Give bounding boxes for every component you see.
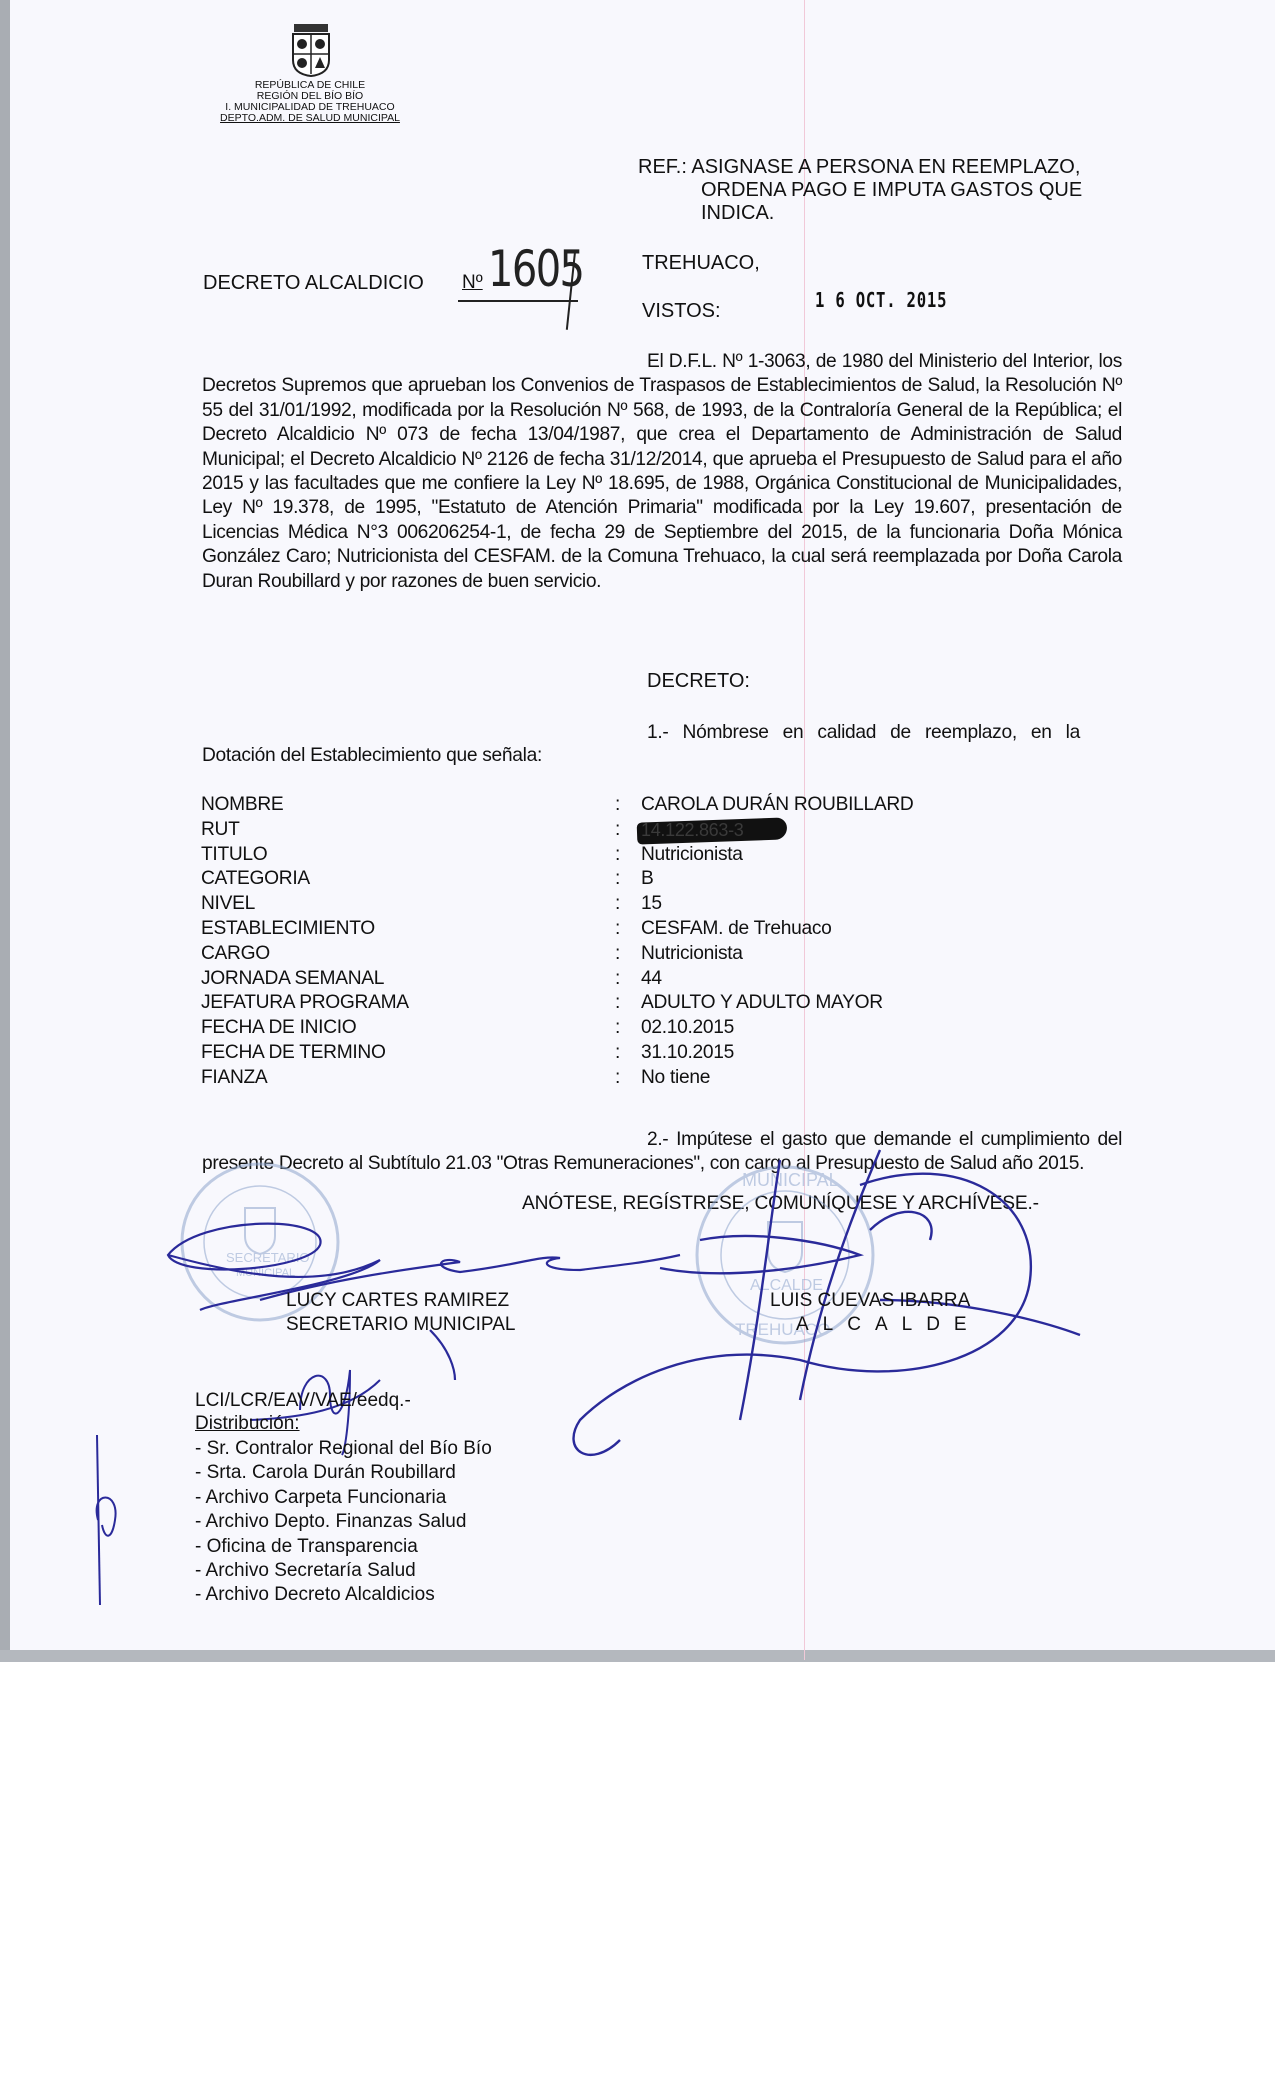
field-separator: : — [615, 1016, 620, 1041]
field-row-rut: RUT:14.122.863-3 — [201, 818, 304, 843]
decree-number-underline — [458, 300, 578, 302]
field-value: Nutricionista — [641, 942, 743, 967]
decree-number-label: Nº — [462, 272, 483, 294]
field-value-redacted: 14.122.863-3 — [641, 820, 744, 840]
distribution-item: - Oficina de Transparencia — [195, 1535, 492, 1559]
field-separator: : — [615, 942, 620, 967]
reference-line: ORDENA PAGO E IMPUTA GASTOS QUE — [638, 179, 1082, 202]
reference-block: REF.: ASIGNASE A PERSONA EN REEMPLAZO, O… — [638, 156, 1082, 225]
field-row-jornada: JORNADA SEMANAL:44 — [201, 967, 304, 992]
field-label: FIANZA — [201, 1066, 601, 1091]
field-label: FECHA DE INICIO — [201, 1016, 601, 1041]
decreto-item-1-continuation: Dotación del Establecimiento que señala: — [202, 745, 542, 767]
secretary-title: SECRETARIO MUNICIPAL — [286, 1314, 515, 1336]
field-label: CARGO — [201, 942, 601, 967]
field-separator: : — [615, 967, 620, 992]
field-label: JEFATURA PROGRAMA — [201, 991, 601, 1016]
field-row-categoria: CATEGORIA:B — [201, 867, 304, 892]
field-separator: : — [615, 1066, 620, 1091]
field-row-nivel: NIVEL:15 — [201, 892, 304, 917]
coat-of-arms-icon — [288, 22, 334, 78]
reference-initials: LCI/LCR/EAV/VAE/eedq.- — [195, 1390, 411, 1412]
vistos-heading: VISTOS: — [642, 300, 721, 323]
decreto-item-1: 1.- Nómbrese en calidad de reemplazo, en… — [647, 722, 1122, 744]
field-value: CAROLA DURÁN ROUBILLARD — [641, 793, 913, 818]
field-value: 15 — [641, 892, 662, 917]
decreto-heading: DECRETO: — [647, 670, 750, 693]
field-separator: : — [615, 991, 620, 1016]
distribution-item: - Archivo Decreto Alcaldicios — [195, 1583, 492, 1607]
field-value: ADULTO Y ADULTO MAYOR — [641, 991, 883, 1016]
city-label: TREHUACO, — [642, 252, 760, 275]
field-row-fianza: FIANZA:No tiene — [201, 1066, 304, 1091]
reference-label: REF.: — [638, 156, 687, 178]
scan-bottom-edge — [0, 1650, 1275, 1662]
secretary-name: LUCY CARTES RAMIREZ — [286, 1290, 509, 1312]
appointment-fields: NOMBRE:CAROLA DURÁN ROUBILLARD RUT:14.12… — [201, 793, 304, 1091]
field-separator: : — [615, 917, 620, 942]
field-label: FECHA DE TERMINO — [201, 1041, 601, 1066]
reference-line: INDICA. — [638, 202, 1082, 225]
field-separator: : — [615, 793, 620, 818]
field-row-fecha-termino: FECHA DE TERMINO:31.10.2015 — [201, 1041, 304, 1066]
distribution-item: - Archivo Depto. Finanzas Salud — [195, 1510, 492, 1534]
field-row-cargo: CARGO:Nutricionista — [201, 942, 304, 967]
field-value: B — [641, 867, 654, 892]
reference-line: ASIGNASE A PERSONA EN REEMPLAZO, — [691, 156, 1080, 178]
date-stamp: 1 6 OCT. 2015 — [815, 288, 947, 312]
field-label: NOMBRE — [201, 793, 601, 818]
letterhead-department: DEPTO.ADM. DE SALUD MUNICIPAL — [210, 113, 410, 124]
field-separator: : — [615, 867, 620, 892]
field-row-establecimiento: ESTABLECIMIENTO:CESFAM. de Trehuaco — [201, 917, 304, 942]
distribution-item: - Srta. Carola Durán Roubillard — [195, 1461, 492, 1485]
field-row-jefatura: JEFATURA PROGRAMA:ADULTO Y ADULTO MAYOR — [201, 991, 304, 1016]
letterhead: REPÚBLICA DE CHILE REGIÓN DEL BÍO BÍO I.… — [210, 80, 410, 124]
scan-left-edge — [0, 0, 10, 1660]
field-row-fecha-inicio: FECHA DE INICIO:02.10.2015 — [201, 1016, 304, 1041]
decreto-item-2: 2.- Impútese el gasto que demande el cum… — [202, 1128, 1122, 1177]
distribution-heading: Distribución: — [195, 1413, 300, 1435]
field-separator: : — [615, 818, 620, 843]
field-row-nombre: NOMBRE:CAROLA DURÁN ROUBILLARD — [201, 793, 304, 818]
closing-formula: ANÓTESE, REGÍSTRESE, COMUNÍQUESE Y ARCHÍ… — [522, 1193, 1039, 1215]
field-label: JORNADA SEMANAL — [201, 967, 601, 992]
field-separator: : — [615, 892, 620, 917]
field-label: NIVEL — [201, 892, 601, 917]
decree-title: DECRETO ALCALDICIO — [203, 272, 424, 295]
field-label: CATEGORIA — [201, 867, 601, 892]
mayor-name: LUIS CUEVAS IBARRA — [770, 1290, 970, 1312]
field-label: TITULO — [201, 843, 601, 868]
field-value: 44 — [641, 967, 662, 992]
mayor-title: ALCALDE — [796, 1314, 981, 1336]
field-label: ESTABLECIMIENTO — [201, 917, 601, 942]
field-separator: : — [615, 843, 620, 868]
field-label: RUT — [201, 818, 601, 843]
field-value: CESFAM. de Trehuaco — [641, 917, 832, 942]
distribution-item: - Archivo Secretaría Salud — [195, 1559, 492, 1583]
field-separator: : — [615, 1041, 620, 1066]
vistos-paragraph: El D.F.L. Nº 1-3063, de 1980 del Ministe… — [202, 350, 1122, 594]
field-value: Nutricionista — [641, 843, 743, 868]
distribution-item: - Archivo Carpeta Funcionaria — [195, 1486, 492, 1510]
field-value: 02.10.2015 — [641, 1016, 734, 1041]
field-value: 31.10.2015 — [641, 1041, 734, 1066]
distribution-list: - Sr. Contralor Regional del Bío Bío - S… — [195, 1437, 492, 1608]
distribution-item: - Sr. Contralor Regional del Bío Bío — [195, 1437, 492, 1461]
paper-fold-line — [804, 0, 805, 1660]
field-value: No tiene — [641, 1066, 710, 1091]
field-row-titulo: TITULO:Nutricionista — [201, 843, 304, 868]
decreto-item-1-text: 1.- Nómbrese en calidad de reemplazo, en… — [647, 722, 1080, 743]
